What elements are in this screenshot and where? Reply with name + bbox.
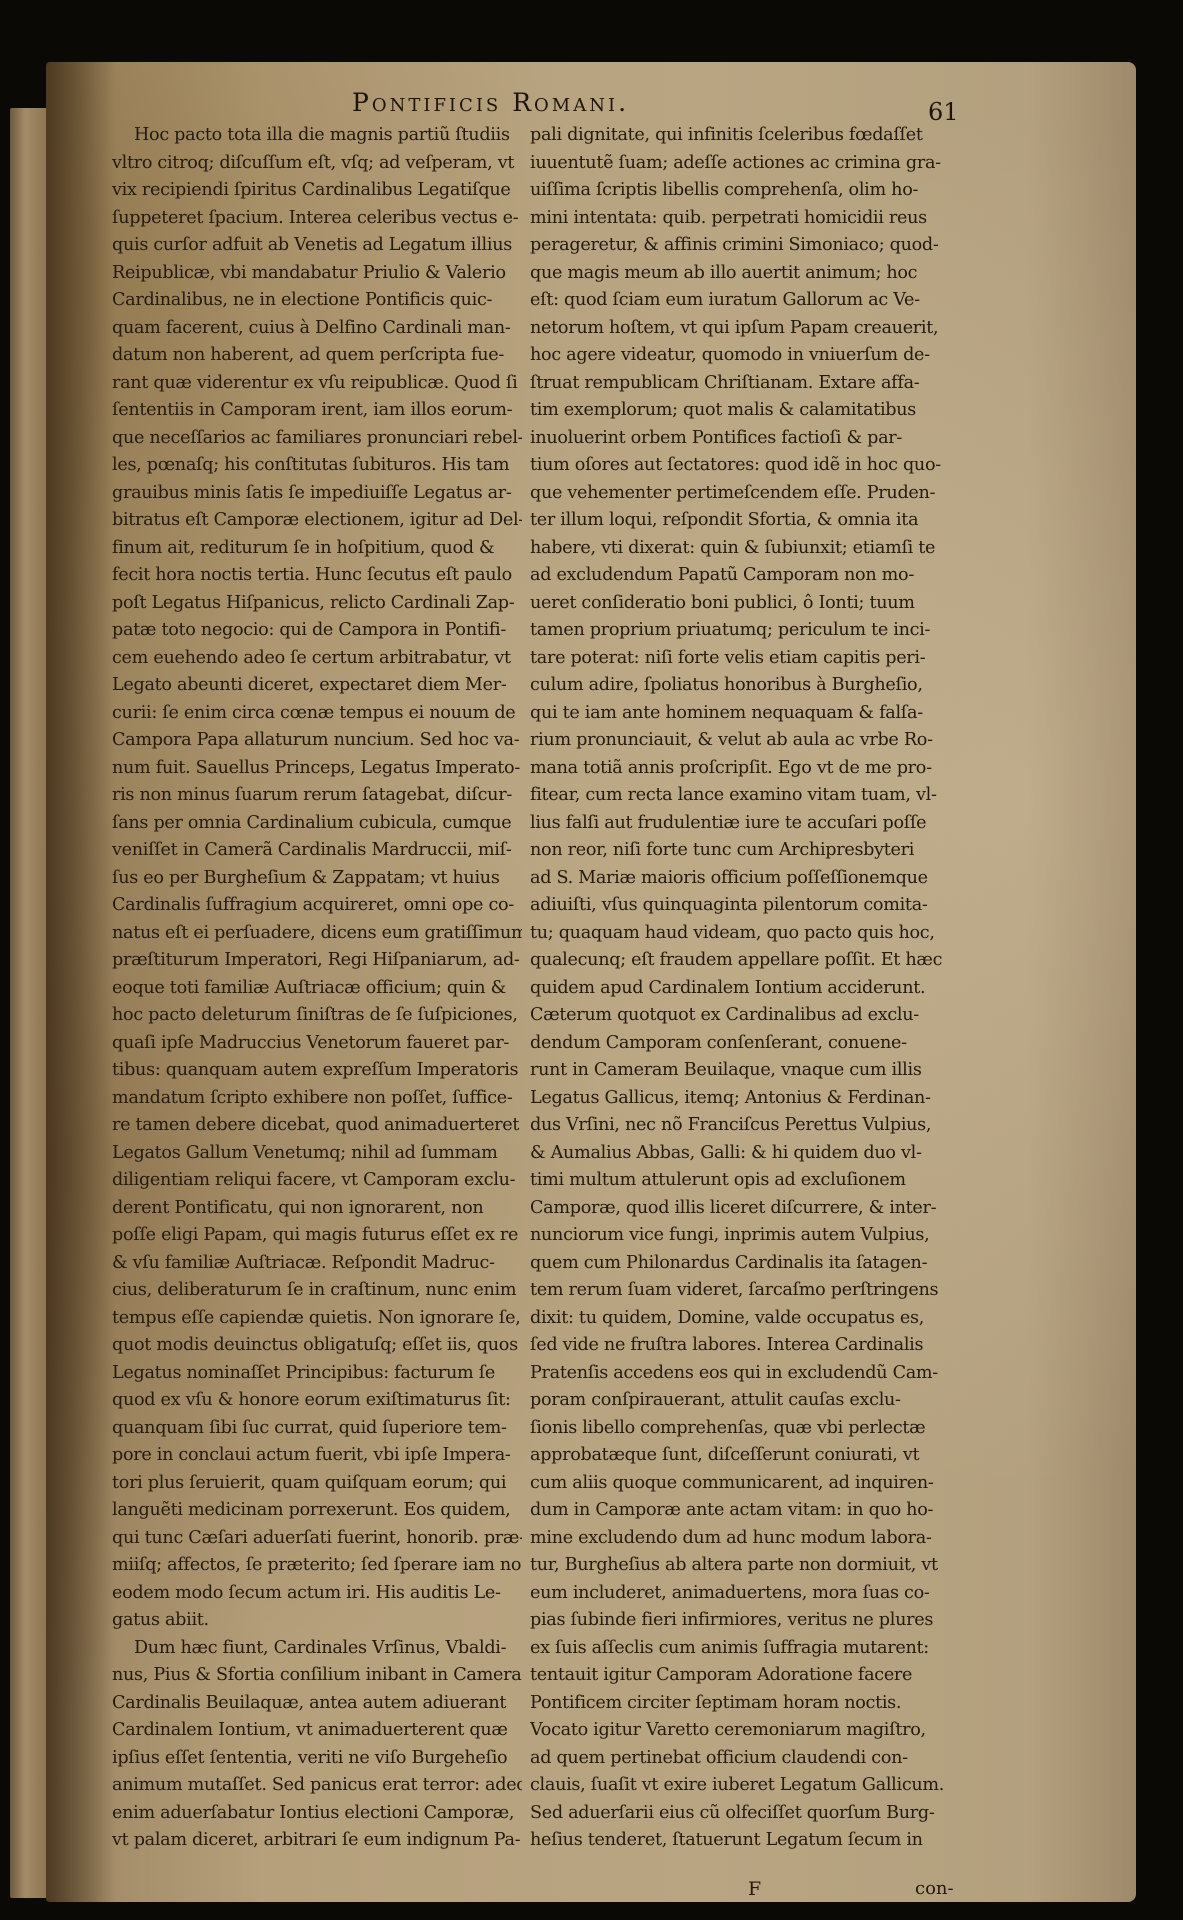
text-line: derent Pontificatu, qui non ignorarent, …: [112, 1195, 522, 1223]
text-line: qui te iam ante hominem nequaquam & falſ…: [530, 700, 945, 728]
text-line: qui tunc Cæſari aduerſati fuerint, honor…: [112, 1525, 522, 1553]
text-line: poſt Legatus Hiſpanicus, relicto Cardina…: [112, 590, 522, 618]
text-line: netorum hoſtem, vt qui ipſum Papam creau…: [530, 315, 945, 343]
text-line: ſtruat rempublicam Chriſtianam. Extare a…: [530, 370, 945, 398]
text-line: Campora Papa allaturum nuncium. Sed hoc …: [112, 727, 522, 755]
text-line: poram conſpirauerant, attulit cauſas exc…: [530, 1387, 945, 1415]
text-line: perageretur, & affinis crimini Simoniaco…: [530, 232, 945, 260]
text-line: re tamen debere dicebat, quod animaduert…: [112, 1112, 522, 1140]
signature-mark: F: [748, 1878, 761, 1900]
text-line: mini intentata: quib. perpetrati homicid…: [530, 205, 945, 233]
text-line: Cardinalem Iontium, vt animaduerterent q…: [112, 1717, 522, 1745]
text-line: eoque toti familiæ Auſtriacæ officium; q…: [112, 975, 522, 1003]
text-line: Legatos Gallum Venetumq; nihil ad ſummam: [112, 1140, 522, 1168]
text-line: datum non haberent, ad quem perſcripta f…: [112, 342, 522, 370]
text-line: tempus eſſe capiendæ quietis. Non ignora…: [112, 1305, 522, 1333]
text-line: diligentiam reliqui facere, vt Camporam …: [112, 1167, 522, 1195]
text-line: quanquam ſibi ſuc currat, quid ſuperiore…: [112, 1415, 522, 1443]
text-line: ter illum loqui, reſpondit Sfortia, & om…: [530, 507, 945, 535]
text-line: Pratenſis accedens eos qui in excludendũ…: [530, 1360, 945, 1388]
text-line: que neceſſarios ac familiares pronunciar…: [112, 425, 522, 453]
text-line: ſuppeteret ſpacium. Interea celeribus ve…: [112, 205, 522, 233]
text-line: mana totiã annis proſcripſit. Ego vt de …: [530, 755, 945, 783]
catchword: con-: [915, 1878, 954, 1899]
facing-page-edge: [10, 108, 48, 1898]
text-line: eum includeret, animaduertens, mora ſuas…: [530, 1580, 945, 1608]
text-line: Legatus Gallicus, itemq; Antonius & Ferd…: [530, 1085, 945, 1113]
text-line: Camporæ, quod illis liceret diſcurrere, …: [530, 1195, 945, 1223]
text-line: dendum Camporam conſenſerant, conuene-: [530, 1030, 945, 1058]
text-line: iuuentutẽ ſuam; adeſſe actiones ac crimi…: [530, 150, 945, 178]
text-line: tim exemplorum; quot malis & calamitatib…: [530, 397, 945, 425]
text-line: Legato abeunti diceret, expectaret diem …: [112, 672, 522, 700]
text-line: tem rerum ſuam videret, ſarcaſmo perſtri…: [530, 1277, 945, 1305]
text-line: hoc agere videatur, quomodo in vniuerſum…: [530, 342, 945, 370]
text-line: quam facerent, cuius à Delfino Cardinali…: [112, 315, 522, 343]
text-line: hoc pacto deleturum ſiniſtras de ſe ſuſp…: [112, 1002, 522, 1030]
text-line: bitratus eſt Camporæ electionem, igitur …: [112, 507, 522, 535]
text-line: approbatæque ſunt, diſceſſerunt coniurat…: [530, 1442, 945, 1470]
text-line: miiſq; affectos, ſe præterito; ſed ſpera…: [112, 1552, 522, 1580]
text-line: Cæterum quotquot ex Cardinalibus ad excl…: [530, 1002, 945, 1030]
gutter-shadow: [46, 62, 116, 1902]
text-line: quot modis deuinctus obligatuſq; eſſet i…: [112, 1332, 522, 1360]
text-line: Cardinalibus, ne in electione Pontificis…: [112, 287, 522, 315]
text-line: pali dignitate, qui infinitis ſceleribus…: [530, 122, 945, 150]
text-line: tamen proprium priuatumq; periculum te i…: [530, 617, 945, 645]
text-line: & Aumalius Abbas, Galli: & hi quidem duo…: [530, 1140, 945, 1168]
text-line: Cardinalis Beuilaquæ, antea autem adiuer…: [112, 1690, 522, 1718]
text-line: non reor, niſi forte tunc cum Archipresb…: [530, 837, 945, 865]
text-line: tentauit igitur Camporam Adoratione face…: [530, 1662, 945, 1690]
text-line: eodem modo ſecum actum iri. His auditis …: [112, 1580, 522, 1608]
text-line: ſed vide ne fruſtra labores. Interea Car…: [530, 1332, 945, 1360]
text-line: tu; quaquam haud videam, quo pacto quis …: [530, 920, 945, 948]
text-line: ex ſuis aſſeclis cum animis ſuffragia mu…: [530, 1635, 945, 1663]
text-line: quod ex vſu & honore eorum exiſtimaturus…: [112, 1387, 522, 1415]
text-line: num fuit. Sauellus Princeps, Legatus Imp…: [112, 755, 522, 783]
text-line: finum ait, rediturum ſe in hoſpitium, qu…: [112, 535, 522, 563]
text-line: inuoluerint orbem Pontifices factioſi & …: [530, 425, 945, 453]
text-line: cum aliis quoque communicarent, ad inqui…: [530, 1470, 945, 1498]
text-line: tori plus ſeruierit, quam quiſquam eorum…: [112, 1470, 522, 1498]
text-line: tibus: quanquam autem expreſſum Imperato…: [112, 1057, 522, 1085]
text-line: tium oſores aut ſectatores: quod idẽ in …: [530, 452, 945, 480]
text-line: quidem apud Cardinalem Iontium acciderun…: [530, 975, 945, 1003]
text-line: nunciorum vice fungi, inprimis autem Vul…: [530, 1222, 945, 1250]
text-line: Vocato igitur Varetto ceremoniarum magiſ…: [530, 1717, 945, 1745]
text-line: quis curſor adfuit ab Venetis ad Legatum…: [112, 232, 522, 260]
text-line: fecit hora noctis tertia. Hunc ſecutus e…: [112, 562, 522, 590]
text-line: languẽti medicinam porrexerunt. Eos quid…: [112, 1497, 522, 1525]
text-line: tur, Burgheſius ab altera parte non dorm…: [530, 1552, 945, 1580]
text-column-left: Hoc pacto tota illa die magnis partiũ ſt…: [112, 122, 522, 1855]
text-line: ſionis libello comprehenſas, quæ vbi per…: [530, 1415, 945, 1443]
text-line: pore in conclaui actum fuerit, vbi ipſe …: [112, 1442, 522, 1470]
text-line: runt in Cameram Beuilaque, vnaque cum il…: [530, 1057, 945, 1085]
text-line: ipſius eſſet ſententia, veriti ne viſo B…: [112, 1745, 522, 1773]
running-head-word-2: Romani.: [512, 88, 629, 117]
text-line: lius falſi aut frudulentiæ iure te accuſ…: [530, 810, 945, 838]
text-line: patæ toto negocio: qui de Campora in Pon…: [112, 617, 522, 645]
text-line: pias ſubinde fieri infirmiores, veritus …: [530, 1607, 945, 1635]
text-line: ad excludendum Papatũ Camporam non mo-: [530, 562, 945, 590]
text-line: Pontificem circiter ſeptimam horam nocti…: [530, 1690, 945, 1718]
text-line: uiſſima ſcriptis libellis comprehenſa, o…: [530, 177, 945, 205]
text-line: ris non minus ſuarum rerum ſatagebat, di…: [112, 782, 522, 810]
text-line: ſententiis in Camporam irent, iam illos …: [112, 397, 522, 425]
text-line: vix recipiendi ſpiritus Cardinalibus Leg…: [112, 177, 522, 205]
text-line: gatus abiit.: [112, 1607, 522, 1635]
text-line: grauibus minis ſatis ſe impediuiſſe Lega…: [112, 480, 522, 508]
text-line: rant quæ viderentur ex vſu reipublicæ. Q…: [112, 370, 522, 398]
text-line: ueret conſideratio boni publici, ô Ionti…: [530, 590, 945, 618]
text-line: poſſe eligi Papam, qui magis futurus eſſ…: [112, 1222, 522, 1250]
text-line: qualecunq; eſt fraudem appellare poſſit.…: [530, 947, 945, 975]
text-line: les, pœnaſq; his conſtitutas ſubituros. …: [112, 452, 522, 480]
text-line: ſans per omnia Cardinalium cubicula, cum…: [112, 810, 522, 838]
text-line: rium pronunciauit, & velut ab aula ac vr…: [530, 727, 945, 755]
text-line: que magis meum ab illo auertit animum; h…: [530, 260, 945, 288]
text-line: animum mutaſſet. Sed panicus erat terror…: [112, 1772, 522, 1800]
text-line: que vehementer pertimeſcendem eſſe. Prud…: [530, 480, 945, 508]
text-line: dum in Camporæ ante actam vitam: in quo …: [530, 1497, 945, 1525]
text-line: vt palam diceret, arbitrari ſe eum indig…: [112, 1827, 522, 1855]
text-line: quaſi ipſe Madruccius Venetorum faueret …: [112, 1030, 522, 1058]
text-line: dixit: tu quidem, Domine, valde occupatu…: [530, 1305, 945, 1333]
text-line: ad quem pertinebat officium claudendi co…: [530, 1745, 945, 1773]
text-line: nus, Pius & Sfortia conſilium inibant in…: [112, 1662, 522, 1690]
text-line: adiuiſti, vſus quinquaginta pilentorum c…: [530, 892, 945, 920]
text-line: timi multum attulerunt opis ad excluſion…: [530, 1167, 945, 1195]
text-line: tare poterat: niſi forte velis etiam cap…: [530, 645, 945, 673]
text-line: dus Vrſini, nec nõ Franciſcus Perettus V…: [530, 1112, 945, 1140]
running-head: Pontificis Romani.: [352, 88, 629, 117]
text-line: ſus eo per Burgheſium & Zappatam; vt hui…: [112, 865, 522, 893]
text-line: Legatus nominaſſet Principibus: facturum…: [112, 1360, 522, 1388]
text-line: Hoc pacto tota illa die magnis partiũ ſt…: [112, 122, 522, 150]
text-line: natus eſt ei perſuadere, dicens eum grat…: [112, 920, 522, 948]
text-line: veniſſet in Camerã Cardinalis Mardruccii…: [112, 837, 522, 865]
text-line: Sed aduerſarii eius cũ olfeciſſet quorſu…: [530, 1800, 945, 1828]
text-line: & vſu familiæ Auſtriacæ. Reſpondit Madru…: [112, 1250, 522, 1278]
text-line: ad S. Mariæ maioris officium poſſeſſione…: [530, 865, 945, 893]
text-line: quem cum Philonardus Cardinalis ita ſata…: [530, 1250, 945, 1278]
text-line: clauis, ſuaſit vt exire iuberet Legatum …: [530, 1772, 945, 1800]
text-line: habere, vti dixerat: quin & ſubiunxit; e…: [530, 535, 945, 563]
text-line: præſtiturum Imperatori, Regi Hiſpaniarum…: [112, 947, 522, 975]
text-line: mine excludendo dum ad hunc modum labora…: [530, 1525, 945, 1553]
text-column-right: pali dignitate, qui infinitis ſceleribus…: [530, 122, 945, 1855]
text-line: cius, deliberaturum ſe in craſtinum, nun…: [112, 1277, 522, 1305]
text-line: eſt: quod ſciam eum iuratum Gallorum ac …: [530, 287, 945, 315]
text-line: vltro citroq; diſcuſſum eſt, vſq; ad veſ…: [112, 150, 522, 178]
text-line: mandatum ſcripto exhibere non poſſet, ſu…: [112, 1085, 522, 1113]
text-line: enim aduerſabatur Iontius electioni Camp…: [112, 1800, 522, 1828]
text-line: curii: ſe enim circa cœnæ tempus ei nouu…: [112, 700, 522, 728]
text-line: heſius tenderet, ſtatuerunt Legatum ſecu…: [530, 1827, 945, 1855]
text-line: Cardinalis ſuffragium acquireret, omni o…: [112, 892, 522, 920]
text-line: Reipublicæ, vbi mandabatur Priulio & Val…: [112, 260, 522, 288]
text-line: Dum hæc fiunt, Cardinales Vrſinus, Vbald…: [112, 1635, 522, 1663]
text-line: culum adire, ſpoliatus honoribus à Burgh…: [530, 672, 945, 700]
text-line: fitear, cum recta lance examino vitam tu…: [530, 782, 945, 810]
running-head-word-1: Pontificis: [352, 88, 501, 117]
text-line: cem euehendo adeo ſe certum arbitrabatur…: [112, 645, 522, 673]
